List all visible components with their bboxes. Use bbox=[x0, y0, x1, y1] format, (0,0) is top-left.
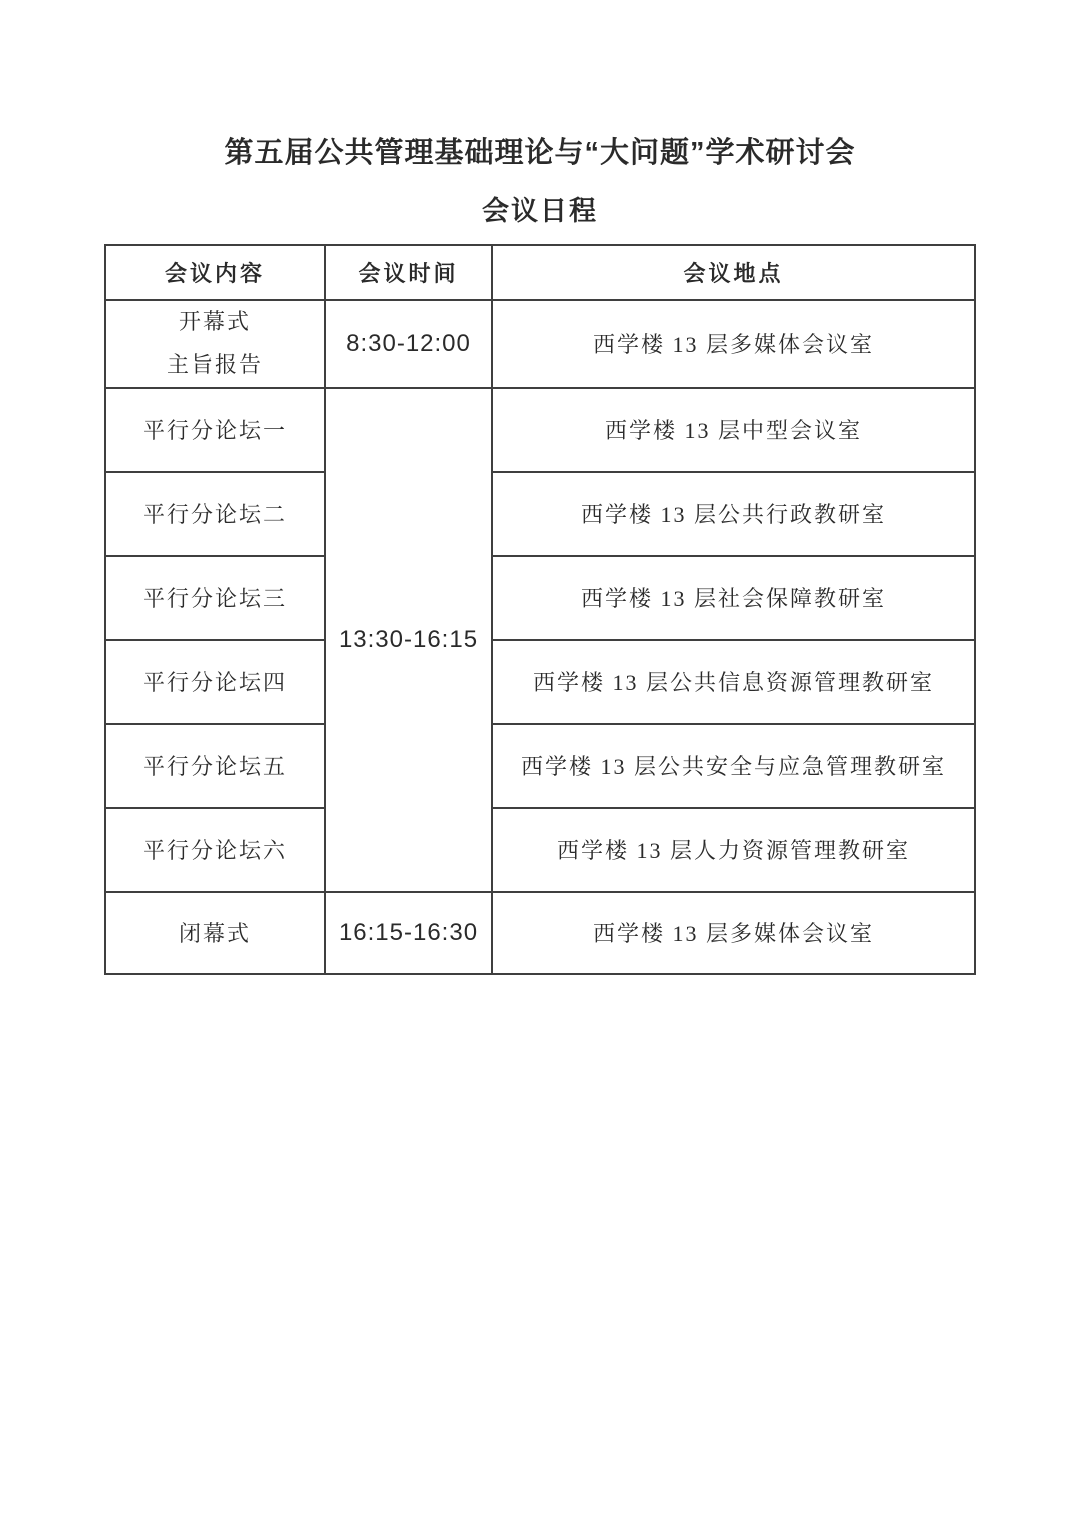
forum-location-cell: 西学楼 13 层公共信息资源管理教研室 bbox=[492, 640, 975, 724]
header-location: 会议地点 bbox=[492, 245, 975, 300]
table-row-forum-3: 平行分论坛三 西学楼 13 层社会保障教研室 bbox=[105, 556, 975, 640]
table-row-forum-1: 平行分论坛一 13:30-16:15 西学楼 13 层中型会议室 bbox=[105, 388, 975, 472]
table-row-forum-5: 平行分论坛五 西学楼 13 层公共安全与应急管理教研室 bbox=[105, 724, 975, 808]
forum-content-cell: 平行分论坛六 bbox=[105, 808, 325, 892]
schedule-table: 会议内容 会议时间 会议地点 开幕式 主旨报告 8:30-12:00 西学楼 1… bbox=[104, 244, 976, 975]
forum-content-cell: 平行分论坛五 bbox=[105, 724, 325, 808]
closing-content-cell: 闭幕式 bbox=[105, 892, 325, 974]
closing-time-cell: 16:15-16:30 bbox=[325, 892, 492, 974]
parallel-time-cell: 13:30-16:15 bbox=[325, 388, 492, 892]
document-title: 第五届公共管理基础理论与“大问题”学术研讨会 bbox=[0, 0, 1080, 170]
opening-content-cell: 开幕式 主旨报告 bbox=[105, 300, 325, 388]
table-row-opening: 开幕式 主旨报告 8:30-12:00 西学楼 13 层多媒体会议室 bbox=[105, 300, 975, 388]
forum-content-cell: 平行分论坛三 bbox=[105, 556, 325, 640]
opening-location-cell: 西学楼 13 层多媒体会议室 bbox=[492, 300, 975, 388]
document-page: 第五届公共管理基础理论与“大问题”学术研讨会 会议日程 会议内容 会议时间 会议… bbox=[0, 0, 1080, 1527]
header-content: 会议内容 bbox=[105, 245, 325, 300]
table-row-forum-6: 平行分论坛六 西学楼 13 层人力资源管理教研室 bbox=[105, 808, 975, 892]
forum-location-cell: 西学楼 13 层公共行政教研室 bbox=[492, 472, 975, 556]
forum-location-cell: 西学楼 13 层中型会议室 bbox=[492, 388, 975, 472]
forum-location-cell: 西学楼 13 层人力资源管理教研室 bbox=[492, 808, 975, 892]
document-subtitle: 会议日程 bbox=[0, 170, 1080, 227]
opening-line1: 开幕式 bbox=[106, 301, 324, 344]
header-time: 会议时间 bbox=[325, 245, 492, 300]
table-header-row: 会议内容 会议时间 会议地点 bbox=[105, 245, 975, 300]
forum-content-cell: 平行分论坛一 bbox=[105, 388, 325, 472]
opening-time-cell: 8:30-12:00 bbox=[325, 300, 492, 388]
table-row-closing: 闭幕式 16:15-16:30 西学楼 13 层多媒体会议室 bbox=[105, 892, 975, 974]
closing-location-cell: 西学楼 13 层多媒体会议室 bbox=[492, 892, 975, 974]
forum-location-cell: 西学楼 13 层社会保障教研室 bbox=[492, 556, 975, 640]
table-row-forum-2: 平行分论坛二 西学楼 13 层公共行政教研室 bbox=[105, 472, 975, 556]
forum-content-cell: 平行分论坛二 bbox=[105, 472, 325, 556]
forum-location-cell: 西学楼 13 层公共安全与应急管理教研室 bbox=[492, 724, 975, 808]
opening-line2: 主旨报告 bbox=[106, 344, 324, 387]
forum-content-cell: 平行分论坛四 bbox=[105, 640, 325, 724]
table-row-forum-4: 平行分论坛四 西学楼 13 层公共信息资源管理教研室 bbox=[105, 640, 975, 724]
